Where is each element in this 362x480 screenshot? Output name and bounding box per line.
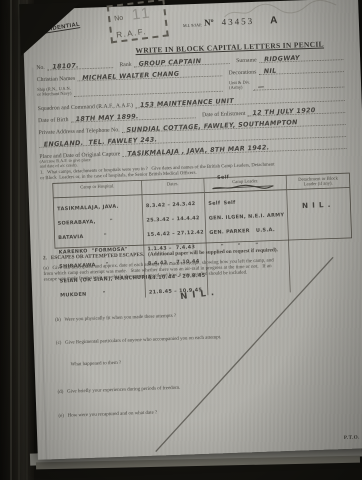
question-2b: (b) Were you physically fit when you mad… xyxy=(55,304,362,323)
date-of-enlistment-value: 12 TH JULY 1920 xyxy=(252,106,315,116)
unit-div-line: — xyxy=(253,80,345,90)
decorations-line: NIL xyxy=(259,65,344,75)
raf-box-raf-label: R.A.F. xyxy=(116,27,148,40)
field-no: No. 18107. xyxy=(36,61,119,71)
no-label: No. xyxy=(36,64,45,71)
dates-cell: 15.4.42 – 27.12.42 xyxy=(147,229,204,238)
private-address-label: Private Address and Telephone No. xyxy=(38,126,119,135)
leader-cell: Self xyxy=(223,200,235,207)
field-rank: Rank GROUP CAPTAIN xyxy=(119,57,236,68)
capture-line: TASIKMALAJA , JAVA, 8TH MAR 1942. xyxy=(123,142,347,157)
surname-value: RIDGWAY xyxy=(264,54,300,63)
camp-cell: BATAVIA " xyxy=(58,233,107,242)
mi9-label: M.I. 9/JAP. xyxy=(183,24,202,29)
christian-names-label: Christian Names xyxy=(37,75,76,83)
date-of-enlistment-line: 12 TH JULY 1920 xyxy=(248,106,346,117)
field-decorations: Decorations NIL xyxy=(228,65,350,76)
christian-names-line: MICHAEL WALTER CHANG xyxy=(77,69,222,81)
question-2c-followup: What happened to them ? xyxy=(71,348,362,367)
raf-box-stamp-number: 11 xyxy=(131,4,153,23)
rank-value: GROUP CAPTAIN xyxy=(139,57,202,67)
date-of-birth-label: Date of Birth xyxy=(38,116,69,123)
camp-table: Camp or Hospital. Dates. Camp Leader. Se… xyxy=(52,173,352,249)
page-edge-streak xyxy=(18,0,20,480)
dates-column: 8.3.42 – 24.3.42 25.3.42 – 14.4.42 15.4.… xyxy=(142,193,208,298)
block-leader-nil: N I L . xyxy=(302,201,331,210)
rank-label: Rank xyxy=(119,61,131,68)
field-christian-names: Christian Names MICHAEL WALTER CHANG xyxy=(37,69,229,83)
raf-number-stamp-box: No 11 R.A.F. xyxy=(107,0,169,43)
squadron-label: Squadron and Command (R.A.F., A.A.F.) xyxy=(38,102,134,112)
decorations-value: NIL xyxy=(263,67,276,75)
squadron-value: 153 MAINTENANCE UNIT xyxy=(140,97,234,108)
date-of-birth-line: 18TH MAY 1899. xyxy=(71,111,196,123)
surname-label: Surname xyxy=(236,57,257,64)
field-unit-div: Unit & Div.(Army) — xyxy=(229,78,351,92)
pencil-scribble xyxy=(220,0,341,25)
address-continued-value: ENGLAND. TEL. FAWLEY 243. xyxy=(44,136,158,148)
dates-cell: 8.3.42 – 24.3.42 xyxy=(146,201,196,210)
raf-box-no-label: No xyxy=(114,15,124,23)
question-2c: (c) Give Regimental particulars of anyon… xyxy=(56,327,362,346)
camp-cell: TASIKMALAJA, JAVA. xyxy=(57,204,119,213)
unit-div-label: Unit & Div.(Army) xyxy=(229,81,251,91)
camp-column: TASIKMALAJA, JAVA. SOERABAYA, " BATAVIA … xyxy=(54,195,146,300)
document-page: CONF CONFIDENTIAL No 11 R.A.F. M.I. 9/JA… xyxy=(22,0,362,460)
leader-column: Self Self GEN. ILGEN, N.E.I. ARMY GEN. P… xyxy=(204,190,290,295)
field-date-of-enlistment: Date of Enlistment 12 TH JULY 1920 xyxy=(202,106,352,118)
ship-line xyxy=(74,84,223,96)
self-annotation: Self xyxy=(217,175,229,180)
surname-line: RIDGWAY xyxy=(259,53,344,63)
leader-cell: Self xyxy=(208,200,220,207)
rank-line: GROUP CAPTAIN xyxy=(134,57,230,68)
paper-crease xyxy=(32,68,49,460)
date-of-enlistment-label: Date of Enlistment xyxy=(202,110,246,118)
number-symbol: Nº xyxy=(204,17,214,27)
ship-label: Ship (R.N., U.S.N.or Merchant Navy) xyxy=(37,87,72,97)
no-value: 18107. xyxy=(52,62,79,70)
no-line: 18107. xyxy=(47,61,113,70)
pto-note: P.T.O. xyxy=(49,434,362,451)
camp-cell: MUKDEN " xyxy=(60,291,106,300)
field-ship: Ship (R.N., U.S.N.or Merchant Navy) xyxy=(37,82,229,98)
date-of-birth-value: 18TH MAY 1899. xyxy=(75,113,138,123)
capture-value: TASIKMALAJA , JAVA, 8TH MAR 1942. xyxy=(127,144,269,158)
camp-cell: SOERABAYA, " xyxy=(58,218,113,227)
christian-names-value: MICHAEL WALTER CHANG xyxy=(82,70,179,82)
leader-cell: GEN. PARKER U.S.A. xyxy=(209,227,275,237)
block-leader-column: N I L . xyxy=(287,188,353,293)
field-surname: Surname RIDGWAY xyxy=(236,53,350,64)
unit-div-dash: — xyxy=(257,83,264,90)
leader-cell: GEN. ILGEN, N.E.I. ARMY xyxy=(208,212,284,222)
dates-cell: 25.3.42 – 14.4.42 xyxy=(146,215,200,224)
private-address-value: SUNDIAL COTTAGE, FAWLEY, SOUTHAMPTON xyxy=(127,119,299,134)
question-2e: (e) How were you recaptured and on what … xyxy=(58,400,362,419)
field-date-of-birth: Date of Birth 18TH MAY 1899. xyxy=(38,111,202,124)
decorations-label: Decorations xyxy=(228,69,256,76)
question-2d: (d) Give briefly your experiences during… xyxy=(57,376,362,395)
page-edge-streak xyxy=(10,0,12,480)
photo-background: CONF CONFIDENTIAL No 11 R.A.F. M.I. 9/JA… xyxy=(0,0,362,480)
